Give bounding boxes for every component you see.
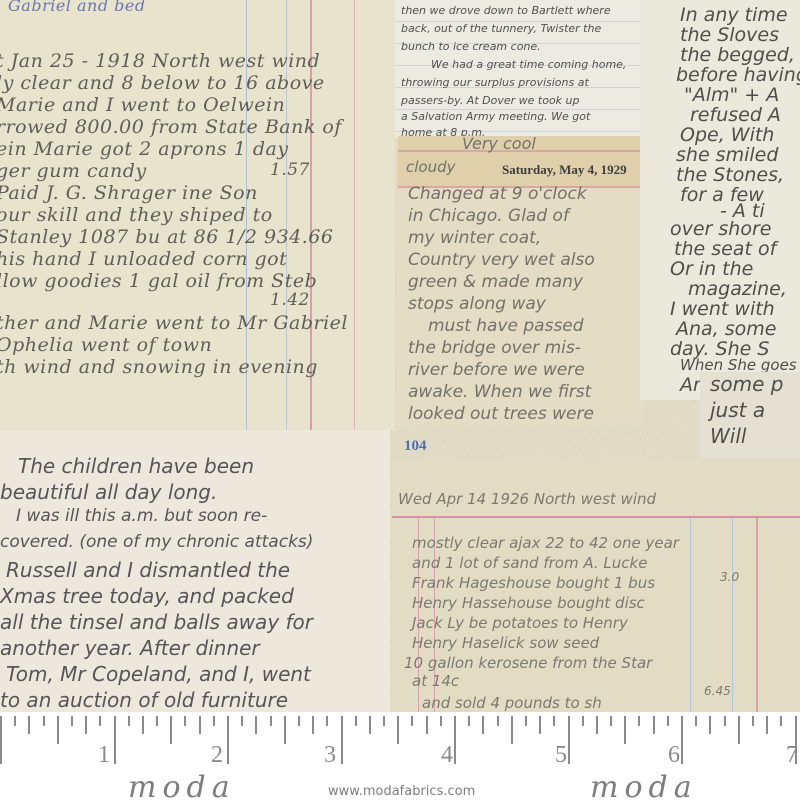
letter-page-bottom-left: The children have been beautiful all day… bbox=[0, 430, 390, 712]
ruler-tick bbox=[341, 716, 343, 764]
ledger-page-bottom-right: Wed Apr 14 1926 North west wind mostly c… bbox=[392, 458, 800, 712]
ruler-tick bbox=[709, 716, 711, 734]
ruler-tick bbox=[653, 716, 655, 734]
ruler-tick bbox=[568, 716, 570, 764]
letter-line: back, out of the tunnery, Twister the bbox=[401, 22, 601, 35]
ruler-tick bbox=[497, 716, 499, 726]
diary-line: the bridge over mis- bbox=[408, 338, 581, 358]
diary-date-stamp: Saturday, May 4, 1929 bbox=[502, 162, 627, 178]
letter-page-top-middle: then we drove down to Bartlett where bac… bbox=[395, 0, 645, 138]
letter-line: Or in the bbox=[670, 258, 753, 280]
letter-line: another year. After dinner bbox=[0, 636, 260, 660]
letter-line: Ope, With bbox=[680, 124, 774, 146]
ledger-line: ger gum candy bbox=[0, 160, 147, 182]
letter-line: a Salvation Army meeting. We got bbox=[401, 110, 590, 123]
ruler-tick bbox=[71, 716, 73, 726]
letter-line: all the tinsel and balls away for bbox=[0, 610, 313, 634]
ruler-tick bbox=[255, 716, 257, 734]
letter-line: the seat of bbox=[674, 238, 776, 260]
ruler-tick bbox=[227, 716, 229, 764]
ruler-number: 5 bbox=[555, 742, 567, 769]
diary-weather: Very cool bbox=[462, 136, 536, 153]
letter-line: some p bbox=[710, 372, 784, 396]
ruler-tick bbox=[511, 716, 513, 744]
diary-sky: cloudy bbox=[406, 158, 456, 176]
brand-url: www.modafabrics.com bbox=[328, 784, 475, 799]
letter-line: Will bbox=[710, 424, 746, 448]
ledger-line: mostly clear ajax 22 to 42 one year bbox=[412, 534, 679, 552]
ledger-amount: 6.45 bbox=[704, 684, 731, 698]
ruler-tick bbox=[14, 716, 16, 726]
ruler-tick bbox=[298, 716, 300, 726]
moda-logo: moda bbox=[128, 776, 236, 800]
ruler-tick bbox=[184, 716, 186, 726]
ruler-tick bbox=[766, 716, 768, 734]
ruler-tick bbox=[780, 716, 782, 726]
letter-line: the Stones, bbox=[676, 164, 784, 186]
diary-line: in Chicago. Glad of bbox=[408, 206, 569, 226]
ledger-line: Gabriel and bed bbox=[8, 0, 146, 15]
ruler-tick bbox=[85, 716, 87, 734]
ruler-tick bbox=[142, 716, 144, 734]
ledger-line: th wind and snowing in evening bbox=[0, 356, 318, 378]
ruler-tick bbox=[128, 716, 130, 726]
ruler-tick bbox=[43, 716, 45, 726]
letter-line: In any time bbox=[680, 4, 788, 26]
ruler-tick bbox=[539, 716, 541, 734]
ruler-tick bbox=[241, 716, 243, 726]
ledger-line: our skill and they shiped to bbox=[0, 204, 273, 226]
ruler-number: 7 bbox=[786, 742, 798, 769]
column-line bbox=[690, 518, 691, 712]
ledger-line: his hand I unloaded corn got bbox=[0, 248, 287, 270]
ruler-tick bbox=[284, 716, 286, 744]
ruler-tick bbox=[411, 716, 413, 726]
ruler-number: 6 bbox=[668, 742, 680, 769]
column-line bbox=[756, 518, 758, 712]
ruler-number: 1 bbox=[98, 742, 110, 769]
ruler-number: 4 bbox=[441, 742, 453, 769]
ruler-tick bbox=[114, 716, 116, 764]
ruler-tick bbox=[0, 716, 2, 764]
letter-line: We had a great time coming home, bbox=[431, 58, 626, 71]
ledger-amount: 3.0 bbox=[720, 570, 739, 584]
letter-line: Xmas tree today, and packed bbox=[0, 584, 294, 608]
ledger-line: Stanley 1087 bu at 86 1/2 934.66 bbox=[0, 226, 333, 248]
ruler-number: 2 bbox=[211, 742, 223, 769]
ruler-tick bbox=[312, 716, 314, 734]
ruler-tick bbox=[170, 716, 172, 744]
ledger-line: ther and Marie went to Mr Gabriel bbox=[0, 312, 348, 334]
ruler-tick bbox=[695, 716, 697, 726]
page-number: 104 bbox=[404, 438, 427, 455]
column-line bbox=[732, 518, 733, 712]
ledger-line: and sold 4 pounds to sh bbox=[422, 694, 602, 712]
fabric-print: Gabriel and bed t Jan 25 - 1918 North we… bbox=[0, 0, 800, 712]
letter-line: throwing our surplus provisions at bbox=[401, 76, 589, 89]
ruler-tick bbox=[326, 716, 328, 726]
ruler-tick bbox=[454, 716, 456, 764]
letter-line: Russell and I dismantled the bbox=[6, 558, 290, 582]
letter-line: she smiled bbox=[676, 144, 778, 166]
ledger-line: ein Marie got 2 aprons 1 day bbox=[0, 138, 289, 160]
ledger-line: 10 gallon kerosene from the Star bbox=[404, 654, 652, 672]
letter-line: over shore bbox=[670, 218, 771, 240]
diary-line: Country very wet also bbox=[408, 250, 595, 270]
letter-line: I was ill this a.m. but soon re- bbox=[16, 506, 267, 526]
letter-line: just a bbox=[710, 398, 765, 422]
letter-line: magazine, bbox=[688, 278, 787, 300]
ruler-tick bbox=[440, 716, 442, 726]
diary-line: green & made many bbox=[408, 272, 583, 292]
ruler-tick bbox=[383, 716, 385, 726]
ledger-line: ly clear and 8 below to 16 above bbox=[0, 72, 325, 94]
ruler-tick bbox=[369, 716, 371, 734]
ledger-amount: 1.42 bbox=[270, 290, 310, 310]
diary-line: must have passed bbox=[428, 316, 584, 336]
ruler-tick bbox=[752, 716, 754, 726]
ledger-line: and 1 lot of sand from A. Lucke bbox=[412, 554, 647, 572]
letter-line: The children have been bbox=[18, 454, 254, 478]
ledger-amount: 1.57 bbox=[270, 160, 310, 180]
ruler-tick bbox=[468, 716, 470, 726]
ruler-tick bbox=[582, 716, 584, 726]
letter-line: I went with bbox=[670, 298, 775, 320]
ruler-tick bbox=[681, 716, 683, 764]
ruler-tick bbox=[667, 716, 669, 726]
ruler-tick bbox=[610, 716, 612, 726]
letter-page-right: In any time the Sloves the begged, befor… bbox=[640, 0, 800, 400]
ruler-tick bbox=[624, 716, 626, 744]
ruler-tick bbox=[270, 716, 272, 726]
ledger-line: Wed Apr 14 1926 North west wind bbox=[398, 490, 656, 508]
ledger-line: Henry Haselick sow seed bbox=[412, 634, 599, 652]
ruler-tick bbox=[738, 716, 740, 744]
ruler-tick bbox=[397, 716, 399, 744]
ruler-tick bbox=[213, 716, 215, 726]
moda-logo: moda bbox=[590, 776, 698, 800]
diary-card-may-1929: Very cool cloudy Saturday, May 4, 1929 C… bbox=[398, 136, 644, 426]
ruler-tick bbox=[426, 716, 428, 734]
ruler-tick bbox=[99, 716, 101, 726]
ledger-line: t Jan 25 - 1918 North west wind bbox=[0, 50, 320, 72]
letter-line: "Alm" + A bbox=[684, 84, 779, 106]
ruler-tick bbox=[553, 716, 555, 726]
letter-line: the Sloves bbox=[680, 24, 779, 46]
letter-line: covered. (one of my chronic attacks) bbox=[0, 532, 313, 552]
letter-line: beautiful all day long. bbox=[0, 480, 217, 504]
ledger-line: Frank Hageshouse bought 1 bus bbox=[412, 574, 655, 592]
ledger-line: Marie and I went to Oelwein bbox=[0, 94, 285, 116]
ledger-line: llow goodies 1 gal oil from Steb bbox=[0, 270, 317, 292]
letter-line: bunch to ice cream cone. bbox=[401, 40, 541, 53]
letter-line: refused A bbox=[690, 104, 781, 126]
ruler-tick bbox=[156, 716, 158, 726]
ledger-page-top-left: Gabriel and bed t Jan 25 - 1918 North we… bbox=[0, 0, 395, 430]
diary-line: Changed at 9 o'clock bbox=[408, 184, 587, 204]
letter-line: Tom, Mr Copeland, and I, went bbox=[6, 662, 311, 686]
ruler-tick bbox=[638, 716, 640, 726]
letter-line: Ana, some bbox=[676, 318, 776, 340]
ledger-line: rrowed 800.00 from State Bank of bbox=[0, 116, 342, 138]
ledger-line: at 14c bbox=[412, 672, 459, 690]
letter-line: the begged, bbox=[680, 44, 795, 66]
diary-line: my winter coat, bbox=[408, 228, 541, 248]
diary-line: looked out trees were bbox=[408, 404, 594, 424]
ruler-number: 3 bbox=[324, 742, 336, 769]
diary-line: stops along way bbox=[408, 294, 546, 314]
ledger-line: Paid J. G. Shrager ine Son bbox=[0, 182, 258, 204]
ruler-tick bbox=[355, 716, 357, 726]
letter-line: to an auction of old furniture bbox=[0, 688, 288, 712]
ledger-line: Ophelia went of town bbox=[0, 334, 212, 356]
ruler-tick bbox=[525, 716, 527, 726]
diary-line: river before we were bbox=[408, 360, 585, 380]
letter-line: then we drove down to Bartlett where bbox=[401, 4, 611, 17]
ledger-line: Henry Hassehouse bought disc bbox=[412, 594, 645, 612]
measuring-ruler: 1 2 3 4 5 6 7 moda www.modafabrics.com m… bbox=[0, 712, 800, 800]
ruler-tick bbox=[199, 716, 201, 734]
letter-line: passers-by. At Dover we took up bbox=[401, 94, 580, 107]
diary-line: awake. When we first bbox=[408, 382, 591, 402]
ruler-tick bbox=[596, 716, 598, 734]
page-number-area: 104 bbox=[400, 430, 460, 460]
red-rule-line bbox=[392, 516, 800, 518]
ledger-line: Jack Ly be potatoes to Henry bbox=[412, 614, 628, 632]
ruler-tick bbox=[724, 716, 726, 726]
letter-inset-right: some p just a Will bbox=[700, 372, 800, 458]
ruler-tick bbox=[57, 716, 59, 744]
letter-line: before having bbox=[676, 64, 800, 86]
ruler-tick bbox=[28, 716, 30, 734]
ruler-tick bbox=[482, 716, 484, 734]
